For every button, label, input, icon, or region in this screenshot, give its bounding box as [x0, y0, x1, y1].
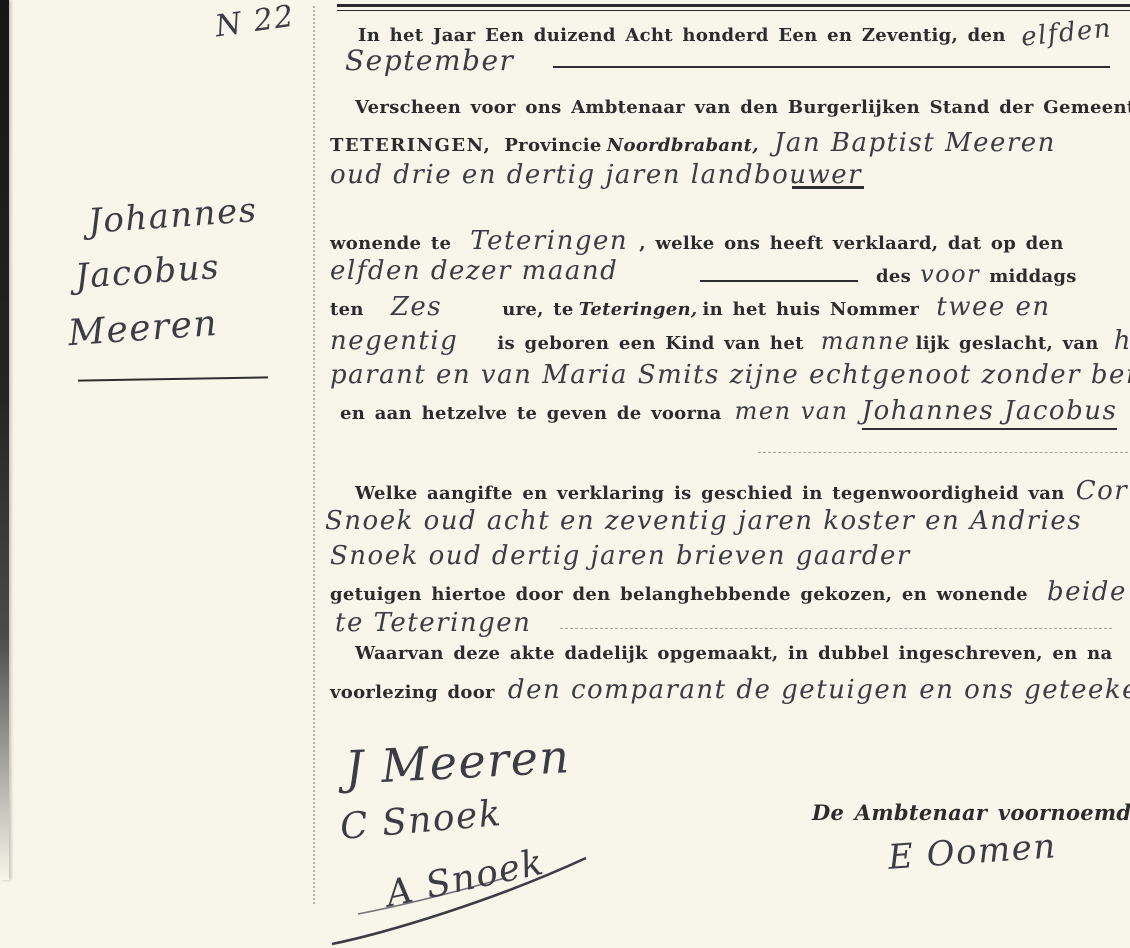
signature-witness-1-text: C Snoek	[339, 793, 504, 848]
wonende-printed: wonende te	[330, 233, 451, 254]
province-label: Provincie	[504, 135, 601, 156]
official-title: De Ambtenaar voornoemd,	[812, 800, 1130, 825]
handwritten-closing: den comparant de getuigen en ons geteeke…	[508, 675, 1130, 705]
handwritten-day: elfden	[1019, 13, 1113, 52]
margin-name-text-3: Meeren	[67, 303, 220, 354]
scan-edge-band	[0, 0, 9, 880]
signature-official: E Oomen	[888, 832, 1057, 872]
handwritten-te-teteringen: te Teteringen	[335, 608, 531, 638]
blank-rule-month	[553, 66, 1110, 68]
geslacht-printed: lijk geslacht, van	[916, 333, 1099, 354]
handwritten-gender: manne	[821, 327, 911, 355]
handwritten-declarant-details: oud drie en dertig jaren landbouwer	[330, 160, 862, 190]
handwritten-housenumber-1: twee en	[936, 292, 1050, 322]
province-name: Noordbrabant,	[607, 135, 759, 156]
handwritten-month: September	[345, 44, 514, 77]
handwritten-father-1: hem com	[1114, 326, 1130, 356]
birth-line-1: wonende te Teteringen , welke ons heeft …	[330, 226, 1064, 256]
signature-official-text: E Oomen	[887, 826, 1058, 878]
margin-name-text-1: Johannes	[87, 190, 259, 242]
municipality-name: TETERINGEN,	[330, 135, 491, 156]
signature-witness-1: C Snoek	[340, 800, 502, 841]
witnesses-line-3: Snoek oud dertig jaren brieven gaarder	[330, 541, 911, 571]
handwritten-hour: Zes	[391, 292, 442, 322]
act-number: N 22	[215, 4, 295, 39]
faint-rule-names	[758, 452, 1128, 453]
huis-printed: in het huis Nommer	[703, 299, 920, 320]
witnesses-line-2: Snoek oud acht en zeventig jaren koster …	[325, 506, 1082, 536]
top-double-rule	[337, 4, 1130, 11]
margin-name-text-2: Jacobus	[74, 247, 221, 297]
comparition-printed-text: Verscheen voor ons Ambtenaar van den Bur…	[355, 97, 1130, 118]
official-title-text: De Ambtenaar voornoemd,	[812, 800, 1130, 825]
ure-printed: ure, te	[502, 299, 573, 320]
verklaard-printed: , welke ons heeft verklaard, dat op den	[639, 233, 1063, 254]
handwritten-date: elfden dezer maand	[330, 256, 618, 286]
witnesses-line-1: Welke aangifte en verklaring is geschied…	[355, 476, 1130, 506]
comparition-line-1: Verscheen voor ons Ambtenaar van den Bur…	[355, 97, 1130, 118]
handwritten-father-2: parant en van Maria Smits zijne echtgeno…	[330, 360, 1130, 390]
margin-separator-line	[313, 6, 315, 904]
act-number-text: N 22	[213, 0, 297, 44]
margin-name-line-1: Johannes	[88, 196, 258, 236]
middags-printed: middags	[989, 266, 1077, 287]
signature-declarant-text: J Meeren	[344, 729, 572, 795]
opening-line-2: September	[345, 44, 514, 77]
handwritten-witness-1: Cornelis	[1076, 476, 1130, 506]
birth-line-6: en aan hetzelve te geven de voorna men v…	[340, 396, 1117, 430]
handwritten-declarant-name: Jan Baptist Meeren	[774, 128, 1056, 158]
birth-line-5: parant en van Maria Smits zijne echtgeno…	[330, 360, 1130, 390]
handwritten-witness-3: Snoek oud dertig jaren brieven gaarder	[330, 541, 911, 571]
handwritten-child-names: Johannes Jacobus	[862, 396, 1118, 430]
witnesses-line-4: getuigen hiertoe door den belanghebbende…	[330, 577, 1127, 607]
witnesses-printed-1: Welke aangifte en verklaring is geschied…	[355, 483, 1065, 504]
voornamen-printed: en aan hetzelve te geven de voorna	[340, 403, 722, 424]
comparition-line-3: oud drie en dertig jaren landbouwer	[330, 160, 862, 190]
closing-printed-1: Waarvan deze akte dadelijk opgemaakt, in…	[355, 643, 1112, 664]
handwritten-residence: Teteringen	[470, 226, 628, 256]
faint-rule-witnesses	[560, 628, 1112, 629]
witnesses-printed-2: getuigen hiertoe door den belanghebbende…	[330, 584, 1028, 605]
signature-flourish	[330, 852, 592, 947]
margin-name-line-2: Jacobus	[75, 252, 220, 292]
birth-line-3: ten Zes ure, te Teteringen, in het huis …	[330, 292, 1051, 322]
blank-rule-occupation	[792, 186, 864, 189]
handwritten-housenumber-2: negentig	[330, 326, 458, 356]
comparition-line-2: TETERINGEN, Provincie Noordbrabant, Jan …	[330, 128, 1056, 158]
closing-line-1: Waarvan deze akte dadelijk opgemaakt, in…	[355, 643, 1112, 664]
margin-name-underline	[78, 376, 268, 381]
blank-rule-date	[700, 280, 858, 282]
handwritten-daypart: voor	[920, 260, 980, 288]
handwritten-beide: beide	[1047, 577, 1127, 607]
birth-certificate-scan: N 22 In het Jaar Een duizend Acht honder…	[0, 0, 1130, 948]
closing-line-2: voorlezing door den comparant de getuige…	[330, 675, 1130, 705]
closing-printed-2: voorlezing door	[330, 682, 495, 703]
witnesses-line-5: te Teteringen	[335, 608, 531, 638]
opening-printed-text: In het Jaar Een duizend Acht honderd Een…	[358, 25, 1006, 46]
geboren-printed: is geboren een Kind van het	[497, 333, 803, 354]
handwritten-men-van: men van	[735, 397, 849, 425]
place-printed: Teteringen,	[579, 299, 698, 320]
des-printed: des	[876, 266, 911, 287]
birth-line-4: negentig is geboren een Kind van het man…	[330, 326, 1130, 356]
birth-line-2-left: elfden dezer maand	[330, 256, 618, 286]
ten-printed: ten	[330, 299, 364, 320]
margin-name-line-3: Meeren	[68, 308, 218, 349]
signature-declarant: J Meeren	[345, 735, 570, 789]
birth-line-2-right: des voor middags	[876, 260, 1077, 288]
handwritten-witness-2: Snoek oud acht en zeventig jaren koster …	[325, 506, 1082, 536]
